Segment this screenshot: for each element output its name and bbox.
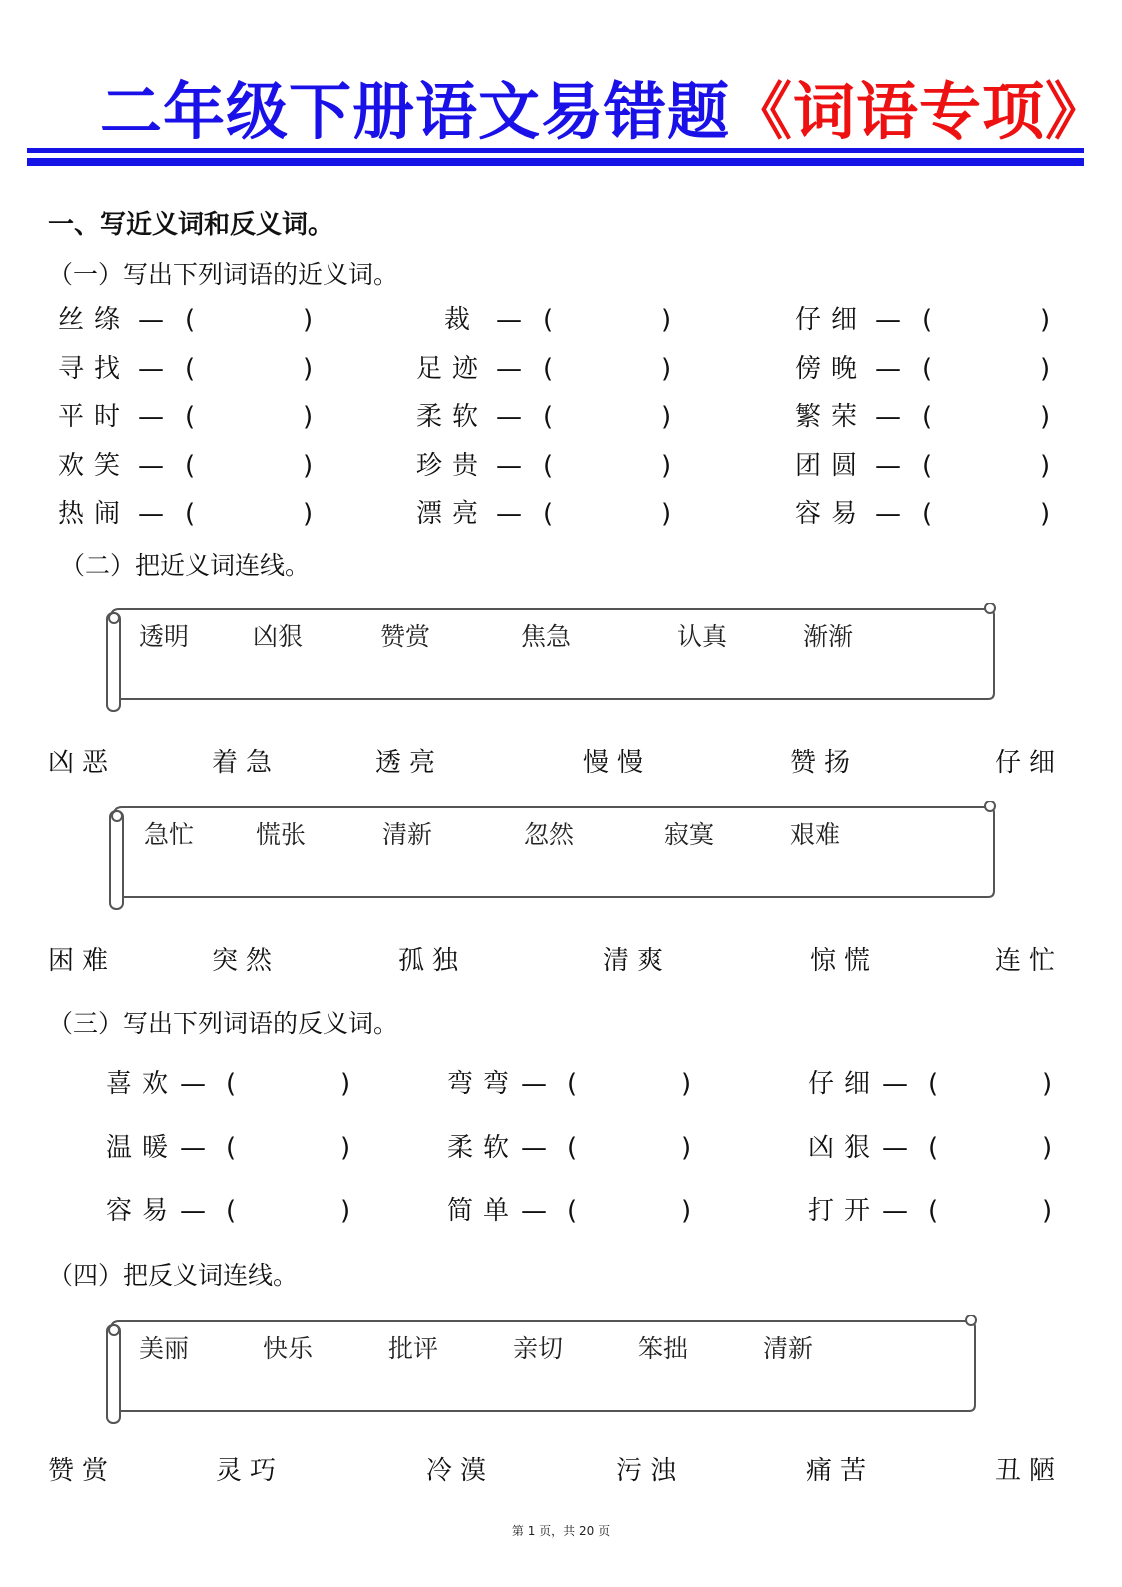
match-word[interactable]: 赞赏 [48, 1450, 116, 1487]
answer-blank[interactable] [205, 448, 299, 484]
exercise-item: 足迹—() [416, 351, 686, 387]
prompt-word: 喜欢 [106, 1066, 178, 1102]
answer-blank[interactable] [587, 1193, 677, 1229]
open-paren: ( [928, 1066, 938, 1102]
scroll-word[interactable]: 快乐 [263, 1329, 313, 1365]
answer-blank[interactable] [942, 448, 1036, 484]
dash: — [138, 399, 164, 435]
close-paren: ) [681, 1066, 691, 1102]
answer-blank[interactable] [942, 302, 1036, 338]
answer-blank[interactable] [246, 1193, 336, 1229]
dash: — [875, 448, 901, 484]
match-word[interactable]: 冷漠 [426, 1450, 494, 1487]
match-word[interactable]: 惊慌 [810, 940, 878, 977]
title-divider-bottom [27, 158, 1084, 166]
dash: — [180, 1193, 206, 1229]
prompt-word: 凶狠 [808, 1130, 880, 1166]
dash: — [875, 351, 901, 387]
prompt-word: 仔细 [795, 302, 867, 338]
title-main: 二年级下册语文易错题 [100, 75, 730, 148]
scroll-word[interactable]: 认真 [677, 617, 727, 653]
close-paren: ) [1040, 351, 1050, 387]
section-heading: 一、写近义词和反义词。 [48, 204, 334, 241]
prompt-word: 弯弯 [447, 1066, 519, 1102]
close-paren: ) [681, 1193, 691, 1229]
exercise-item: 容易—() [106, 1193, 366, 1229]
part1-heading: （一）写出下列词语的近义词。 [48, 255, 398, 291]
open-paren: ( [185, 302, 195, 338]
scroll-word[interactable]: 焦急 [521, 617, 571, 653]
answer-blank[interactable] [587, 1066, 677, 1102]
answer-blank[interactable] [587, 1130, 677, 1166]
open-paren: ( [185, 448, 195, 484]
prompt-word: 平时 [58, 399, 130, 435]
dash: — [875, 302, 901, 338]
match-word[interactable]: 透亮 [375, 742, 443, 779]
prompt-word: 团圆 [795, 448, 867, 484]
open-paren: ( [922, 448, 932, 484]
title-divider-top [27, 148, 1084, 153]
prompt-word: 热闹 [58, 496, 130, 532]
answer-blank[interactable] [205, 496, 299, 532]
open-paren: ( [567, 1066, 577, 1102]
dash: — [138, 351, 164, 387]
dash: — [521, 1130, 547, 1166]
dash: — [875, 496, 901, 532]
dash: — [882, 1130, 908, 1166]
answer-blank[interactable] [942, 399, 1036, 435]
part4-heading: （四）把反义词连线。 [48, 1256, 298, 1292]
open-paren: ( [567, 1193, 577, 1229]
scroll-word[interactable]: 艰难 [790, 815, 840, 851]
open-paren: ( [922, 399, 932, 435]
prompt-word: 柔软 [416, 399, 488, 435]
close-paren: ) [303, 351, 313, 387]
scroll-word[interactable]: 忽然 [524, 815, 574, 851]
open-paren: ( [543, 496, 553, 532]
close-paren: ) [1042, 1193, 1052, 1229]
exercise-item: 漂亮—() [416, 496, 686, 532]
dash: — [521, 1193, 547, 1229]
scroll-word[interactable]: 清新 [763, 1329, 813, 1365]
scroll-word[interactable]: 美丽 [139, 1329, 189, 1365]
dash: — [138, 302, 164, 338]
dash: — [496, 302, 522, 338]
open-paren: ( [185, 496, 195, 532]
dash: — [521, 1066, 547, 1102]
word-scroll-banner: 透明凶狠赞赏焦急认真渐渐 [103, 603, 1000, 715]
answer-blank[interactable] [563, 302, 657, 338]
exercise-item: 欢笑—() [58, 448, 328, 484]
dash: — [496, 496, 522, 532]
answer-blank[interactable] [246, 1130, 336, 1166]
match-word[interactable]: 慢慢 [583, 742, 651, 779]
match-word[interactable]: 丑陋 [995, 1450, 1063, 1487]
close-paren: ) [303, 302, 313, 338]
close-paren: ) [303, 496, 313, 532]
match-word[interactable]: 痛苦 [806, 1450, 874, 1487]
match-word[interactable]: 凶恶 [48, 742, 116, 779]
scroll-word[interactable]: 赞赏 [380, 617, 430, 653]
close-paren: ) [661, 399, 671, 435]
exercise-item: 温暖—() [106, 1130, 366, 1166]
answer-blank[interactable] [205, 351, 299, 387]
dash: — [882, 1193, 908, 1229]
close-paren: ) [661, 351, 671, 387]
prompt-word: 简单 [447, 1193, 519, 1229]
prompt-word: 珍贵 [416, 448, 488, 484]
dash: — [138, 448, 164, 484]
answer-blank[interactable] [205, 399, 299, 435]
answer-blank[interactable] [942, 496, 1036, 532]
prompt-word: 傍晚 [795, 351, 867, 387]
match-word-row: 赞赏灵巧冷漠污浊痛苦丑陋 [0, 1450, 1122, 1490]
close-paren: ) [661, 496, 671, 532]
exercise-item: 傍晚—() [795, 351, 1065, 387]
open-paren: ( [922, 302, 932, 338]
answer-blank[interactable] [948, 1130, 1038, 1166]
match-word[interactable]: 赞扬 [790, 742, 858, 779]
scroll-word[interactable]: 凶狠 [253, 617, 303, 653]
prompt-word: 寻找 [58, 351, 130, 387]
exercise-item: 裁—() [416, 302, 686, 338]
part3-heading: （三）写出下列词语的反义词。 [48, 1004, 398, 1040]
answer-blank[interactable] [948, 1193, 1038, 1229]
page-footer: 第 1 页，共 20 页 [0, 1522, 1122, 1539]
open-paren: ( [922, 351, 932, 387]
page-title: 二年级下册语文易错题《词语专项》 [100, 62, 1108, 152]
match-word[interactable]: 困难 [48, 940, 116, 977]
prompt-word: 柔软 [447, 1130, 519, 1166]
prompt-word: 温暖 [106, 1130, 178, 1166]
open-paren: ( [543, 302, 553, 338]
close-paren: ) [1040, 496, 1050, 532]
close-paren: ) [661, 302, 671, 338]
exercise-item: 团圆—() [795, 448, 1065, 484]
exercise-item: 凶狠—() [808, 1130, 1068, 1166]
prompt-word: 容易 [795, 496, 867, 532]
prompt-word: 欢笑 [58, 448, 130, 484]
match-word[interactable]: 突然 [212, 940, 280, 977]
dash: — [496, 448, 522, 484]
close-paren: ) [1040, 448, 1050, 484]
answer-blank[interactable] [563, 351, 657, 387]
dash: — [875, 399, 901, 435]
scroll-word[interactable]: 清新 [382, 815, 432, 851]
open-paren: ( [543, 448, 553, 484]
close-paren: ) [303, 399, 313, 435]
open-paren: ( [543, 351, 553, 387]
scroll-word[interactable]: 慌张 [256, 815, 306, 851]
scroll-word[interactable]: 渐渐 [803, 617, 853, 653]
match-word[interactable]: 孤独 [398, 940, 466, 977]
open-paren: ( [226, 1066, 236, 1102]
open-paren: ( [185, 351, 195, 387]
part2-heading: （二）把近义词连线。 [60, 546, 310, 582]
exercise-item: 丝绦—() [58, 302, 328, 338]
close-paren: ) [1042, 1066, 1052, 1102]
prompt-word: 打开 [808, 1193, 880, 1229]
exercise-item: 平时—() [58, 399, 328, 435]
prompt-word: 丝绦 [58, 302, 130, 338]
close-paren: ) [340, 1066, 350, 1102]
scroll-word[interactable]: 亲切 [513, 1329, 563, 1365]
scroll-word[interactable]: 批评 [388, 1329, 438, 1365]
open-paren: ( [185, 399, 195, 435]
answer-blank[interactable] [246, 1066, 336, 1102]
match-word[interactable]: 污浊 [616, 1450, 684, 1487]
open-paren: ( [928, 1130, 938, 1166]
answer-blank[interactable] [942, 351, 1036, 387]
prompt-word: 漂亮 [416, 496, 488, 532]
exercise-item: 仔细—() [795, 302, 1065, 338]
prompt-word: 繁荣 [795, 399, 867, 435]
exercise-item: 繁荣—() [795, 399, 1065, 435]
scroll-word[interactable]: 寂寞 [664, 815, 714, 851]
close-paren: ) [303, 448, 313, 484]
open-paren: ( [928, 1193, 938, 1229]
close-paren: ) [1040, 302, 1050, 338]
dash: — [180, 1066, 206, 1102]
exercise-item: 热闹—() [58, 496, 328, 532]
exercise-item: 仔细—() [808, 1066, 1068, 1102]
close-paren: ) [1042, 1130, 1052, 1166]
answer-blank[interactable] [563, 496, 657, 532]
close-paren: ) [661, 448, 671, 484]
close-paren: ) [681, 1130, 691, 1166]
exercise-item: 寻找—() [58, 351, 328, 387]
match-word[interactable]: 仔细 [995, 742, 1063, 779]
open-paren: ( [226, 1193, 236, 1229]
answer-blank[interactable] [205, 302, 299, 338]
open-paren: ( [226, 1130, 236, 1166]
match-word[interactable]: 灵巧 [216, 1450, 284, 1487]
exercise-item: 简单—() [447, 1193, 707, 1229]
open-paren: ( [543, 399, 553, 435]
prompt-word: 容易 [106, 1193, 178, 1229]
prompt-word: 裁 [444, 302, 480, 338]
dash: — [138, 496, 164, 532]
exercise-item: 喜欢—() [106, 1066, 366, 1102]
word-scroll-banner: 急忙慌张清新忽然寂寞艰难 [106, 801, 1000, 913]
close-paren: ) [340, 1193, 350, 1229]
open-paren: ( [922, 496, 932, 532]
answer-blank[interactable] [563, 399, 657, 435]
exercise-item: 柔软—() [416, 399, 686, 435]
answer-blank[interactable] [563, 448, 657, 484]
open-paren: ( [567, 1130, 577, 1166]
dash: — [180, 1130, 206, 1166]
dash: — [496, 399, 522, 435]
dash: — [882, 1066, 908, 1102]
close-paren: ) [340, 1130, 350, 1166]
exercise-item: 柔软—() [447, 1130, 707, 1166]
match-word-row: 困难突然孤独清爽惊慌连忙 [0, 940, 1122, 980]
prompt-word: 仔细 [808, 1066, 880, 1102]
scroll-word[interactable]: 笨拙 [638, 1329, 688, 1365]
word-scroll-banner: 美丽快乐批评亲切笨拙清新 [103, 1315, 981, 1427]
answer-blank[interactable] [948, 1066, 1038, 1102]
scroll-word[interactable]: 急忙 [144, 815, 194, 851]
match-word[interactable]: 着急 [212, 742, 280, 779]
exercise-item: 容易—() [795, 496, 1065, 532]
prompt-word: 足迹 [416, 351, 488, 387]
match-word[interactable]: 连忙 [995, 940, 1063, 977]
match-word-row: 凶恶着急透亮慢慢赞扬仔细 [0, 742, 1122, 782]
exercise-item: 珍贵—() [416, 448, 686, 484]
title-highlight: 《词语专项》 [730, 75, 1108, 148]
scroll-word[interactable]: 透明 [139, 617, 189, 653]
exercise-item: 弯弯—() [447, 1066, 707, 1102]
dash: — [496, 351, 522, 387]
close-paren: ) [1040, 399, 1050, 435]
exercise-item: 打开—() [808, 1193, 1068, 1229]
match-word[interactable]: 清爽 [603, 940, 671, 977]
